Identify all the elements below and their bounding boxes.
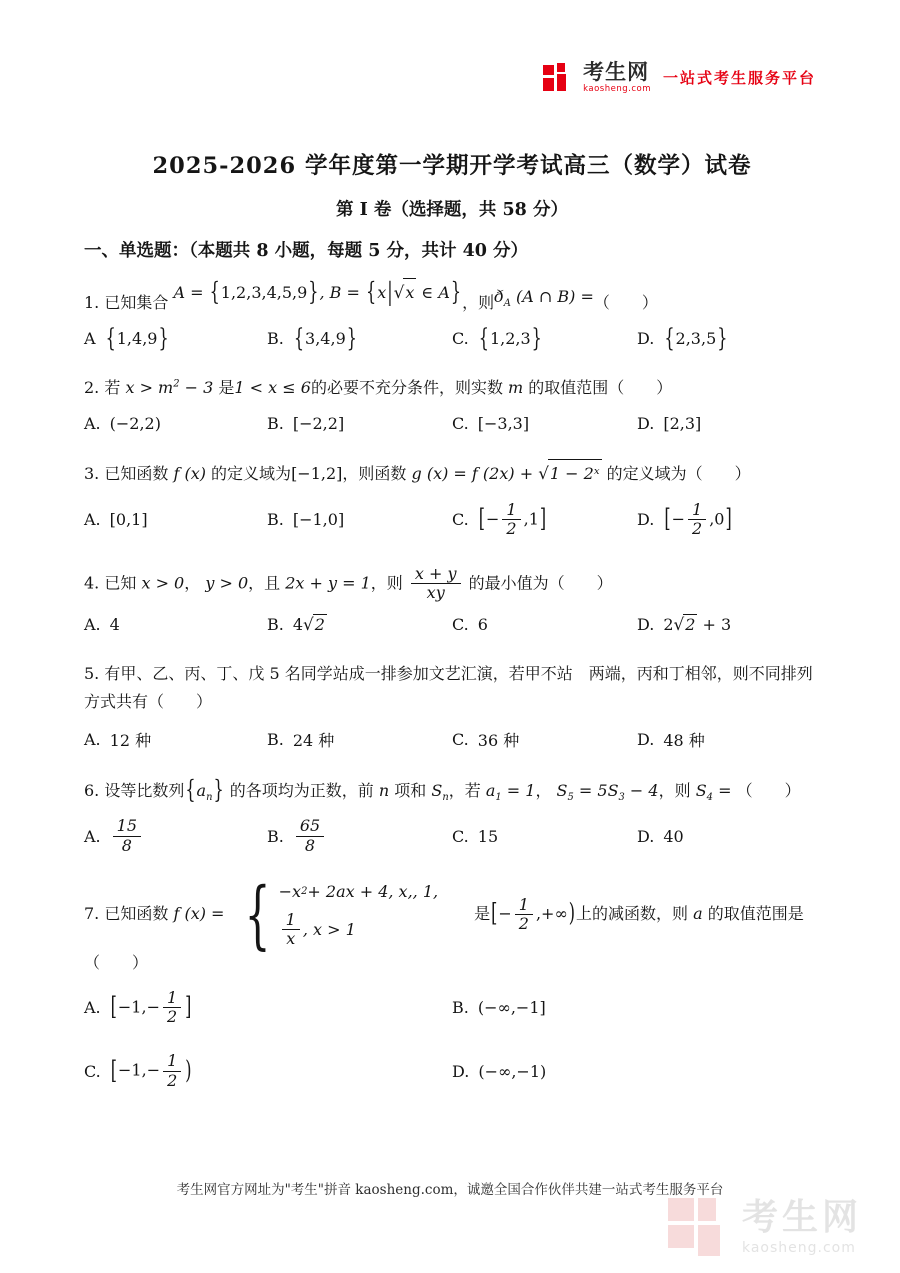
- question-4: 4. 已知 x > 0， y > 0，且 2x + y = 1，则 x + yx…: [84, 565, 820, 635]
- question-4-options: A.4B.4√2C.6D.2√2 + 3: [84, 614, 820, 634]
- question-7-options: A.[−1,−12]B.(−∞,−1]C.[−1,−12)D.(−∞,−1): [84, 989, 820, 1091]
- option-value: {1,2,3}: [478, 329, 543, 348]
- option-label: C.: [452, 414, 469, 433]
- question-2-option-B: B.[−2,2]: [267, 414, 452, 433]
- option-value: [−1,−12): [110, 1052, 193, 1090]
- page-title: 2025-2026 学年度第一学期开学考试高三（数学）试卷: [84, 148, 820, 180]
- brand-name: 考生网: [583, 62, 651, 83]
- option-label: C.: [452, 510, 469, 529]
- question-1-stem: 1. 已知集合 A = {1,2,3,4,5,9}, B = {x|√x ∈ A…: [84, 288, 820, 317]
- question-7-option-B: B.(−∞,−1]: [452, 998, 820, 1017]
- option-value: [−12,0]: [663, 501, 732, 539]
- option-label: A.: [84, 615, 101, 634]
- question-7-option-D: D.(−∞,−1): [452, 1062, 820, 1081]
- option-label: A.: [84, 998, 101, 1017]
- question-6-option-A: A.158: [84, 817, 267, 855]
- option-value: {1,4,9}: [105, 329, 170, 348]
- option-label: C.: [84, 1062, 101, 1081]
- volume-subtitle: 第 I 卷（选择题，共 58 分）: [84, 196, 820, 221]
- option-value: [−3,3]: [478, 414, 529, 433]
- option-value: 24 种: [293, 728, 334, 751]
- kaosheng-logo-icon: [543, 63, 573, 93]
- option-value: [−1,0]: [293, 510, 344, 529]
- content: 2025-2026 学年度第一学期开学考试高三（数学）试卷 第 I 卷（选择题，…: [0, 0, 900, 1090]
- brand-tagline: 一站式考生服务平台: [663, 67, 816, 88]
- question-1-option-A: A{1,4,9}: [84, 329, 267, 348]
- option-label: C.: [452, 329, 469, 348]
- option-value: 40: [663, 827, 683, 846]
- option-label: C.: [452, 827, 469, 846]
- option-value: [−2,2]: [293, 414, 344, 433]
- question-5-option-A: A.12 种: [84, 728, 267, 751]
- question-3-option-B: B.[−1,0]: [267, 510, 452, 529]
- option-label: D.: [637, 414, 654, 433]
- question-5-option-D: D.48 种: [637, 728, 820, 751]
- question-4-option-A: A.4: [84, 615, 267, 634]
- question-7-option-C: C.[−1,−12): [84, 1052, 452, 1090]
- option-label: B.: [267, 827, 284, 846]
- option-label: D.: [637, 730, 654, 749]
- question-7-stem: 7. 已知函数 f (x) = {−x2 + 2ax + 4, x,, 1,1x…: [84, 881, 820, 976]
- question-3-option-C: C.[−12,1]: [452, 501, 637, 539]
- question-1-option-D: D.{2,3,5}: [637, 329, 820, 348]
- option-value: 15: [478, 827, 498, 846]
- option-value: 6: [478, 615, 488, 634]
- option-label: C.: [452, 615, 469, 634]
- option-value: 4√2: [293, 614, 327, 634]
- footer-text: 考生网官方网址为"考生"拼音 kaosheng.com，诚邀全国合作伙伴共建一站…: [0, 1178, 900, 1198]
- header-logo: 考生网 kaosheng.com 一站式考生服务平台: [543, 62, 816, 94]
- question-6-stem: 6. 设等比数列{an} 的各项均为正数，前 n 项和 Sn，若 a1 = 1，…: [84, 777, 820, 805]
- option-label: A.: [84, 510, 101, 529]
- option-label: B.: [267, 615, 284, 634]
- option-label: D.: [637, 329, 654, 348]
- option-label: C.: [452, 730, 469, 749]
- option-value: [0,1]: [110, 510, 148, 529]
- watermark-text: 考生网 kaosheng.com: [742, 1200, 862, 1255]
- question-5-option-B: B.24 种: [267, 728, 452, 751]
- option-label: B.: [267, 329, 284, 348]
- exam-page: 考生网 kaosheng.com 一站式考生服务平台 2025-2026 学年度…: [0, 0, 900, 1273]
- question-2-stem: 2. 若 x > m2 − 3 是1 < x ≤ 6的必要不充分条件，则实数 m…: [84, 374, 820, 402]
- question-3-option-D: D.[−12,0]: [637, 501, 820, 539]
- option-label: B.: [267, 730, 284, 749]
- question-4-option-B: B.4√2: [267, 614, 452, 634]
- option-value: 48 种: [663, 728, 704, 751]
- option-label: A.: [84, 414, 101, 433]
- option-label: B.: [267, 414, 284, 433]
- question-1-option-B: B.{3,4,9}: [267, 329, 452, 348]
- brand-block: 考生网 kaosheng.com: [583, 62, 651, 94]
- option-label: A.: [84, 730, 101, 749]
- question-3: 3. 已知函数 f (x) 的定义域为[−1,2]，则函数 g (x) = f …: [84, 459, 820, 538]
- option-label: D.: [637, 827, 654, 846]
- option-label: B.: [267, 510, 284, 529]
- question-5-options: A.12 种B.24 种C.36 种D.48 种: [84, 728, 820, 751]
- question-4-option-D: D.2√2 + 3: [637, 614, 820, 634]
- question-2-option-C: C.[−3,3]: [452, 414, 637, 433]
- option-label: B.: [452, 998, 469, 1017]
- watermark-brand-domain: kaosheng.com: [742, 1241, 862, 1255]
- question-6-options: A.158B.658C.15D.40: [84, 817, 820, 855]
- option-value: 12 种: [110, 728, 151, 751]
- question-6: 6. 设等比数列{an} 的各项均为正数，前 n 项和 Sn，若 a1 = 1，…: [84, 777, 820, 855]
- question-1-option-C: C.{1,2,3}: [452, 329, 637, 348]
- question-5-stem: 5. 有甲、乙、丙、丁、戊 5 名同学站成一排参加文艺汇演，若甲不站 两端，丙和…: [84, 660, 820, 716]
- option-label: A: [84, 329, 96, 348]
- question-7-option-A: A.[−1,−12]: [84, 989, 452, 1027]
- option-value: 36 种: [478, 728, 519, 751]
- brand-domain: kaosheng.com: [583, 85, 651, 94]
- question-2: 2. 若 x > m2 − 3 是1 < x ≤ 6的必要不充分条件，则实数 m…: [84, 374, 820, 433]
- watermark-logo-icon: [668, 1198, 730, 1256]
- option-value: (−2,2): [110, 414, 161, 433]
- option-label: A.: [84, 827, 101, 846]
- question-4-option-C: C.6: [452, 615, 637, 634]
- option-label: D.: [452, 1062, 469, 1081]
- option-value: (−∞,−1): [478, 1062, 546, 1081]
- option-value: [2,3]: [663, 414, 701, 433]
- question-2-option-A: A.(−2,2): [84, 414, 267, 433]
- question-1: 1. 已知集合 A = {1,2,3,4,5,9}, B = {x|√x ∈ A…: [84, 288, 820, 348]
- option-value: 658: [293, 817, 327, 855]
- question-3-stem: 3. 已知函数 f (x) 的定义域为[−1,2]，则函数 g (x) = f …: [84, 459, 820, 488]
- section-heading: 一、单选题：（本题共 8 小题，每题 5 分，共计 40 分）: [84, 237, 820, 262]
- watermark-brand-name: 考生网: [742, 1200, 862, 1236]
- question-5: 5. 有甲、乙、丙、丁、戊 5 名同学站成一排参加文艺汇演，若甲不站 两端，丙和…: [84, 660, 820, 751]
- option-label: D.: [637, 510, 654, 529]
- option-value: 158: [110, 817, 144, 855]
- question-1-options: A{1,4,9}B.{3,4,9}C.{1,2,3}D.{2,3,5}: [84, 329, 820, 348]
- question-2-options: A.(−2,2)B.[−2,2]C.[−3,3]D.[2,3]: [84, 414, 820, 433]
- option-value: {3,4,9}: [293, 329, 358, 348]
- questions: 1. 已知集合 A = {1,2,3,4,5,9}, B = {x|√x ∈ A…: [84, 288, 820, 1090]
- watermark: 考生网 kaosheng.com: [668, 1198, 862, 1256]
- option-value: [−12,1]: [478, 501, 547, 539]
- option-value: [−1,−12]: [110, 989, 193, 1027]
- question-6-option-C: C.15: [452, 827, 637, 846]
- option-value: (−∞,−1]: [478, 998, 546, 1017]
- question-5-option-C: C.36 种: [452, 728, 637, 751]
- question-6-option-D: D.40: [637, 827, 820, 846]
- option-value: 2√2 + 3: [663, 614, 731, 634]
- question-7: 7. 已知函数 f (x) = {−x2 + 2ax + 4, x,, 1,1x…: [84, 881, 820, 1090]
- option-label: D.: [637, 615, 654, 634]
- question-6-option-B: B.658: [267, 817, 452, 855]
- question-3-options: A.[0,1]B.[−1,0]C.[−12,1]D.[−12,0]: [84, 501, 820, 539]
- question-3-option-A: A.[0,1]: [84, 510, 267, 529]
- question-4-stem: 4. 已知 x > 0， y > 0，且 2x + y = 1，则 x + yx…: [84, 565, 820, 603]
- option-value: 4: [110, 615, 120, 634]
- question-2-option-D: D.[2,3]: [637, 414, 820, 433]
- option-value: {2,3,5}: [663, 329, 728, 348]
